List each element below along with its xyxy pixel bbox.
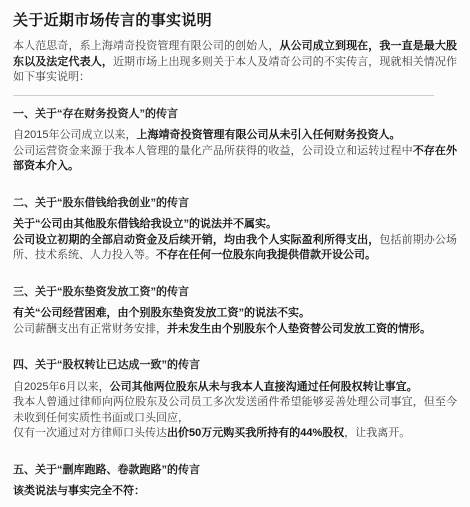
statement-section: 一、关于“存在财务投资人”的传言自2015年公司成立以来，上海靖奇投资管理有限公… (13, 107, 457, 175)
statement-section: 三、关于“股东垫资发放工资”的传言有关“公司经营困难，由个别股东垫资发放工资”的… (13, 285, 457, 338)
text-run: ，让我离开。 (344, 427, 410, 439)
section-paragraph: 公司设立初期的全部启动资金及后续开销，均由我个人实际盈利所得支出，包括前期办公场… (13, 233, 457, 264)
text-run: 我本人曾通过律师向两位股东及公司员工多次发送函件希望能够妥善处理公司事宜，但至今… (13, 396, 457, 424)
section-paragraph: 公司薪酬支出有正常财务安排，并未发生由个别股东个人垫资替公司发放工资的情形。 (13, 322, 457, 338)
text-run: 上海靖奇投资管理有限公司从未引入任何财务投资人。 (136, 129, 400, 141)
statement-section: 二、关于“股东借钱给我创业”的传言关于“公司由其他股东借钱给我设立”的说法并不属… (13, 196, 457, 264)
text-run: 公司设立初期的全部启动资金及后续开销，均由我个人实际盈利所得支出， (13, 234, 379, 246)
sections-container: 一、关于“存在财务投资人”的传言自2015年公司成立以来，上海靖奇投资管理有限公… (13, 107, 457, 500)
section-paragraph: 自2015年公司成立以来，上海靖奇投资管理有限公司从未引入任何财务投资人。 (13, 128, 457, 144)
statement-document: 关于近期市场传言的事实说明 本人范思奇，系上海靖奇投资管理有限公司的创始人，从公… (0, 0, 470, 507)
text-run: 不存在任何一位股东向我提供借款开设公司。 (156, 249, 376, 261)
section-paragraph: 自2025年6月以来，公司其他两位股东从未与我本人直接沟通过任何股权转让事宜。 (13, 380, 457, 396)
section-paragraph: 有关“公司经营困难，由个别股东垫资发放工资”的说法不实。 (13, 306, 457, 322)
text-run: 有关“公司经营困难，由个别股东垫资发放工资”的说法不实。 (13, 307, 310, 319)
statement-section: 五、关于“删库跑路、卷款跑路”的传言该类说法与事实完全不符： (13, 463, 457, 500)
section-heading: 四、关于“股权转让已达成一致”的传言 (13, 358, 457, 374)
section-heading: 二、关于“股东借钱给我创业”的传言 (13, 196, 457, 212)
text-run: 该类说法与事实完全不符： (13, 485, 145, 497)
section-heading: 五、关于“删库跑路、卷款跑路”的传言 (13, 463, 457, 479)
section-paragraph: 仅有一次通过对方律师口头传达出价50万元购买我所持有的44%股权，让我离开。 (13, 426, 457, 442)
section-paragraph: 公司运营资金来源于我本人管理的量化产品所获得的收益，公司设立和运转过程中不存在外… (13, 144, 457, 175)
page-title: 关于近期市场传言的事实说明 (13, 12, 457, 30)
section-paragraph: 关于“公司由其他股东借钱给我设立”的说法并不属实。 (13, 217, 457, 233)
text-run: 公司运营资金来源于我本人管理的量化产品所获得的收益，公司设立和运转过程中 (13, 145, 413, 157)
intro-paragraph: 本人范思奇，系上海靖奇投资管理有限公司的创始人，从公司成立到现在，我一直是最大股… (13, 39, 457, 86)
section-paragraph: 我本人曾通过律师向两位股东及公司员工多次发送函件希望能够妥善处理公司事宜，但至今… (13, 395, 457, 426)
section-divider (13, 95, 434, 96)
text-run: 自2015年公司成立以来， (13, 129, 136, 141)
text-run: 本人范思奇，系上海靖奇投资管理有限公司的创始人， (13, 40, 279, 52)
section-paragraph: 该类说法与事实完全不符： (13, 484, 457, 500)
section-heading: 一、关于“存在财务投资人”的传言 (13, 107, 457, 123)
text-run: 并未发生由个别股东个人垫资替公司发放工资的情形。 (167, 323, 431, 335)
text-run: 公司其他两位股东从未与我本人直接沟通过任何股权转让事宜。 (110, 381, 418, 393)
text-run: 出价50万元购买我所持有的44%股权 (167, 427, 344, 439)
section-heading: 三、关于“股东垫资发放工资”的传言 (13, 285, 457, 301)
text-run: 关于“公司由其他股东借钱给我设立”的说法并不属实。 (13, 218, 277, 230)
statement-section: 四、关于“股权转让已达成一致”的传言自2025年6月以来，公司其他两位股东从未与… (13, 358, 457, 442)
text-run: 仅有一次通过对方律师口头传达 (13, 427, 167, 439)
text-run: 自2025年6月以来， (13, 381, 110, 393)
text-run: 公司薪酬支出有正常财务安排， (13, 323, 167, 335)
